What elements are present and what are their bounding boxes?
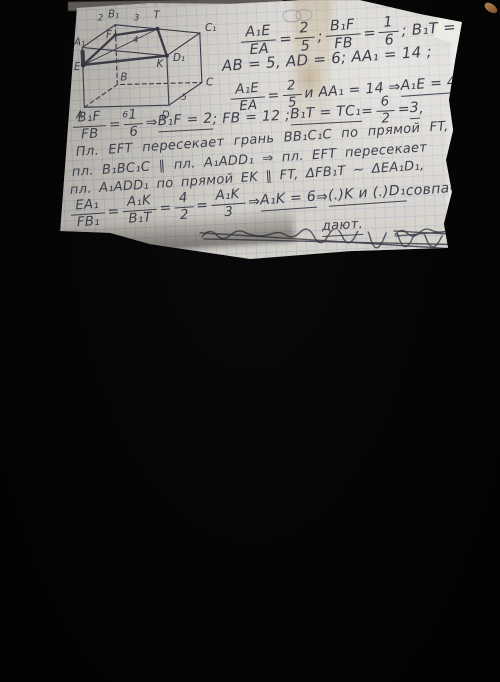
text-run: , bbox=[419, 101, 425, 117]
text-run: = bbox=[397, 102, 410, 119]
text-run: ; bbox=[317, 28, 324, 46]
text-run: = bbox=[159, 200, 172, 217]
scanned-page: A₁2B₁3TC₁F4EBKD₁C5A6D A₁EEA = 25 ; B₁FFB… bbox=[0, 0, 500, 682]
text-run: = bbox=[363, 24, 377, 42]
text-run: = bbox=[279, 30, 293, 48]
text-run: B₁F = 2 bbox=[157, 111, 213, 132]
text-run: = bbox=[107, 204, 120, 221]
text-run: ; B₁T = TC₁ ; bbox=[401, 16, 499, 40]
text-run: = bbox=[361, 104, 374, 121]
text-run: ⇒ bbox=[145, 115, 158, 132]
fraction: 16 bbox=[123, 108, 143, 140]
text-run: ⇒ bbox=[316, 189, 329, 206]
text-run: = bbox=[196, 198, 209, 215]
text-run: ; FB = 12 ; bbox=[212, 108, 290, 128]
text-run: = bbox=[109, 117, 122, 134]
text-run: B₁T = TC₁ bbox=[290, 103, 362, 125]
fraction: B₁FFB bbox=[72, 110, 107, 143]
squared-paper: A₁2B₁3TC₁F4EBKD₁C5A6D A₁EEA = 25 ; B₁FFB… bbox=[56, 0, 474, 268]
text-run: совпа- bbox=[405, 180, 455, 199]
text-run: (.)K и (.)D₁ bbox=[327, 183, 406, 206]
paper-speck bbox=[483, 1, 499, 15]
text-run: A₁E = 4; EA = 10 bbox=[400, 70, 500, 97]
text-run: ⇒ bbox=[248, 194, 261, 211]
